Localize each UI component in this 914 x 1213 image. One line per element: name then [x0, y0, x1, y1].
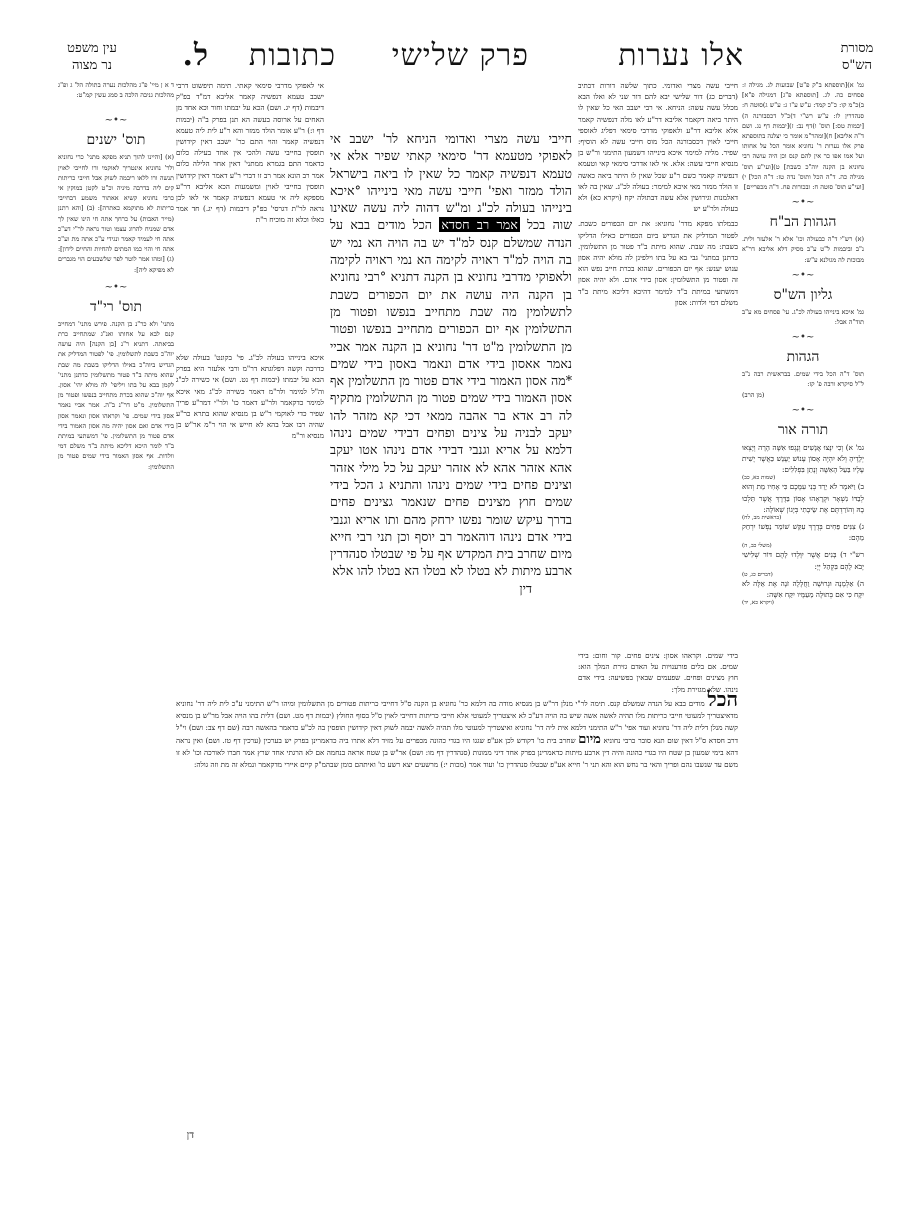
left-margin: ד א ן מיי' פ"ג מהלכות נערה בתולה הל' ג ו…	[58, 80, 174, 472]
gemara-last-word: דין	[330, 580, 532, 597]
masoret-label-1: מסורת	[822, 40, 892, 57]
gilyon-hashas-title: גליון הש"ס	[742, 287, 864, 304]
ornament-divider: ~•~	[742, 271, 864, 281]
ein-mishpat-label-1: עין משפט	[52, 40, 132, 57]
bottom-middle-text: שחרב בית כו'	[537, 736, 576, 745]
torah-or-verse: רש"י ד) בָּנִים אֲשֶׁר יִוָּלְדוּ לָהֶם …	[742, 549, 864, 571]
tosafot-rid-text: מתני' ולא כר"נ בן הקנה. פירש מתני' דמחיי…	[58, 319, 174, 472]
tosafot-yeshanim-title: תוס' ישנים	[58, 132, 174, 149]
ornament-divider: ~•~	[742, 333, 864, 343]
tosafot-lower-text: איכא בינייהו בעולה לכ"ג. פי' בקונט' בעול…	[176, 352, 324, 442]
masoret-label-2: הש"ס	[822, 57, 892, 74]
gilyon-hashas-text: גמ' איכא בינייהו בעולה לכ"ג. עי' פסחים מ…	[742, 307, 864, 327]
ein-mishpat-notes: ד א ן מיי' פ"ג מהלכות נערה בתולה הל' ג ו…	[58, 80, 174, 100]
rashi-top: חייבי עשה מצרי ואדומי. כתוך שלשה דורות ד…	[578, 80, 738, 214]
tosafot-top: אי לאפוקי מדרבי סימאי קאתי. תימה תיפשוט …	[176, 80, 324, 226]
perek-number: פרק שלישי	[392, 38, 529, 73]
gemara-highlight: אמר רב חסדא	[439, 217, 519, 232]
hagahot-title: הגהות	[742, 349, 864, 366]
ornament-divider: ~•~	[742, 198, 864, 208]
rashi-column: חייבי עשה מצרי ואדומי. כתוך שלשה דורות ד…	[578, 80, 738, 308]
torah-or-entry: ב) וַיֹּאמֶר לֹא יֵרֵד בְּנִי עִמָּכֶם כ…	[742, 481, 864, 521]
daf-number: ל.	[183, 38, 209, 73]
torah-or-entry: ג) צִנִּים פַּחִים בְּדֶרֶךְ עִקֵּשׁ שׁו…	[742, 521, 864, 549]
torah-or-entry: ה) אַלְמָנָה וּגְרוּשָׁה וַחֲלָלָה זֹנָה…	[742, 578, 864, 606]
ein-mishpat-header: עין משפט נר מצוה	[52, 40, 132, 74]
torah-or-verse: ג) צִנִּים פַּחִים בְּדֶרֶךְ עִקֵּשׁ שׁו…	[742, 521, 864, 543]
hagahot-habach-title: הגהות הב"ח	[742, 214, 864, 231]
dibur-hamatchil: הכל	[707, 687, 738, 711]
ein-mishpat-label-2: נר מצוה	[52, 57, 132, 74]
tosafot-column: אי לאפוקי מדרבי סימאי קאתי. תימה תיפשוט …	[176, 80, 324, 226]
bottom-tosafot-para: הכל מודים בבא על הנדה שמשלם קנס. תימה לר…	[176, 693, 738, 771]
torah-or-verse: גמ' א) וְכִי יִנָּצוּ אֲנָשִׁים וְנָגְפו…	[742, 442, 864, 476]
tosafot-yeshanim-text: (א) [והיינו להוך תניא מפקא מתני' כרי נחו…	[58, 152, 174, 274]
masechet-name: כתובות	[249, 38, 336, 73]
hagahot-habach-text: (א) רש"י ד"ה כבעולה וכו' אלא ר' אלעזר ול…	[742, 234, 864, 265]
hagahot-source: (מן הרב)	[742, 390, 864, 400]
torah-or-ref: (ויקרא כא, יד)	[742, 600, 864, 606]
tosafot-rid-title: תוס' רי"ד	[58, 299, 174, 316]
masoret-hashas-header: מסורת הש"ס	[822, 40, 892, 74]
ornament-divider: ~•~	[742, 406, 864, 416]
ornament-divider: ~•~	[58, 283, 174, 293]
ornament-divider: ~•~	[58, 116, 174, 126]
torah-or-verse: ב) וַיֹּאמֶר לֹא יֵרֵד בְּנִי עִמָּכֶם כ…	[742, 481, 864, 515]
torah-or-entry: רש"י ד) בָּנִים אֲשֶׁר יִוָּלְדוּ לָהֶם …	[742, 549, 864, 577]
gemara-part-2: הכל מודים בבא על הנדה שמשלם קנס למ"ד יש …	[330, 217, 572, 578]
bottom-lead-miyom: מיום	[578, 732, 601, 747]
rashi-middle: כבמלתו מפקא מדר' נחוניא: את יום הכפורים …	[578, 218, 738, 308]
catchword: דן	[187, 1130, 194, 1141]
bottom-commentary: הכל מודים בבא על הנדה שמשלם קנס. תימה לר…	[176, 693, 738, 771]
right-margin: גמ' א)[תוספתא ב"ק פ"ט] שבועות לג. מגילה …	[742, 80, 864, 606]
masoret-hashas-notes: גמ' א)[תוספתא ב"ק פ"ט] שבועות לג. מגילה …	[742, 80, 864, 192]
perek-name: אלו נערות	[618, 38, 744, 73]
hagahot-text: תוס' ד"ה הכל בידי שמים. בבראשית רבה נ"ב …	[742, 369, 864, 389]
tosafot-lower: איכא בינייהו בעולה לכ"ג. פי' בקונט' בעול…	[176, 352, 324, 442]
torah-or-verse: ה) אַלְמָנָה וּגְרוּשָׁה וַחֲלָלָה זֹנָה…	[742, 578, 864, 600]
torah-or-title: תורה אור	[742, 422, 864, 439]
gemara-text: חייבי עשה מצרי ואדומי הניחא לר' ישבב אי …	[330, 130, 572, 597]
torah-or-entry: גמ' א) וְכִי יִנָּצוּ אֲנָשִׁים וְנָגְפו…	[742, 442, 864, 482]
tosafot-top-text: אי לאפוקי מדרבי סימאי קאתי. תימה תיפשוט …	[176, 81, 324, 224]
